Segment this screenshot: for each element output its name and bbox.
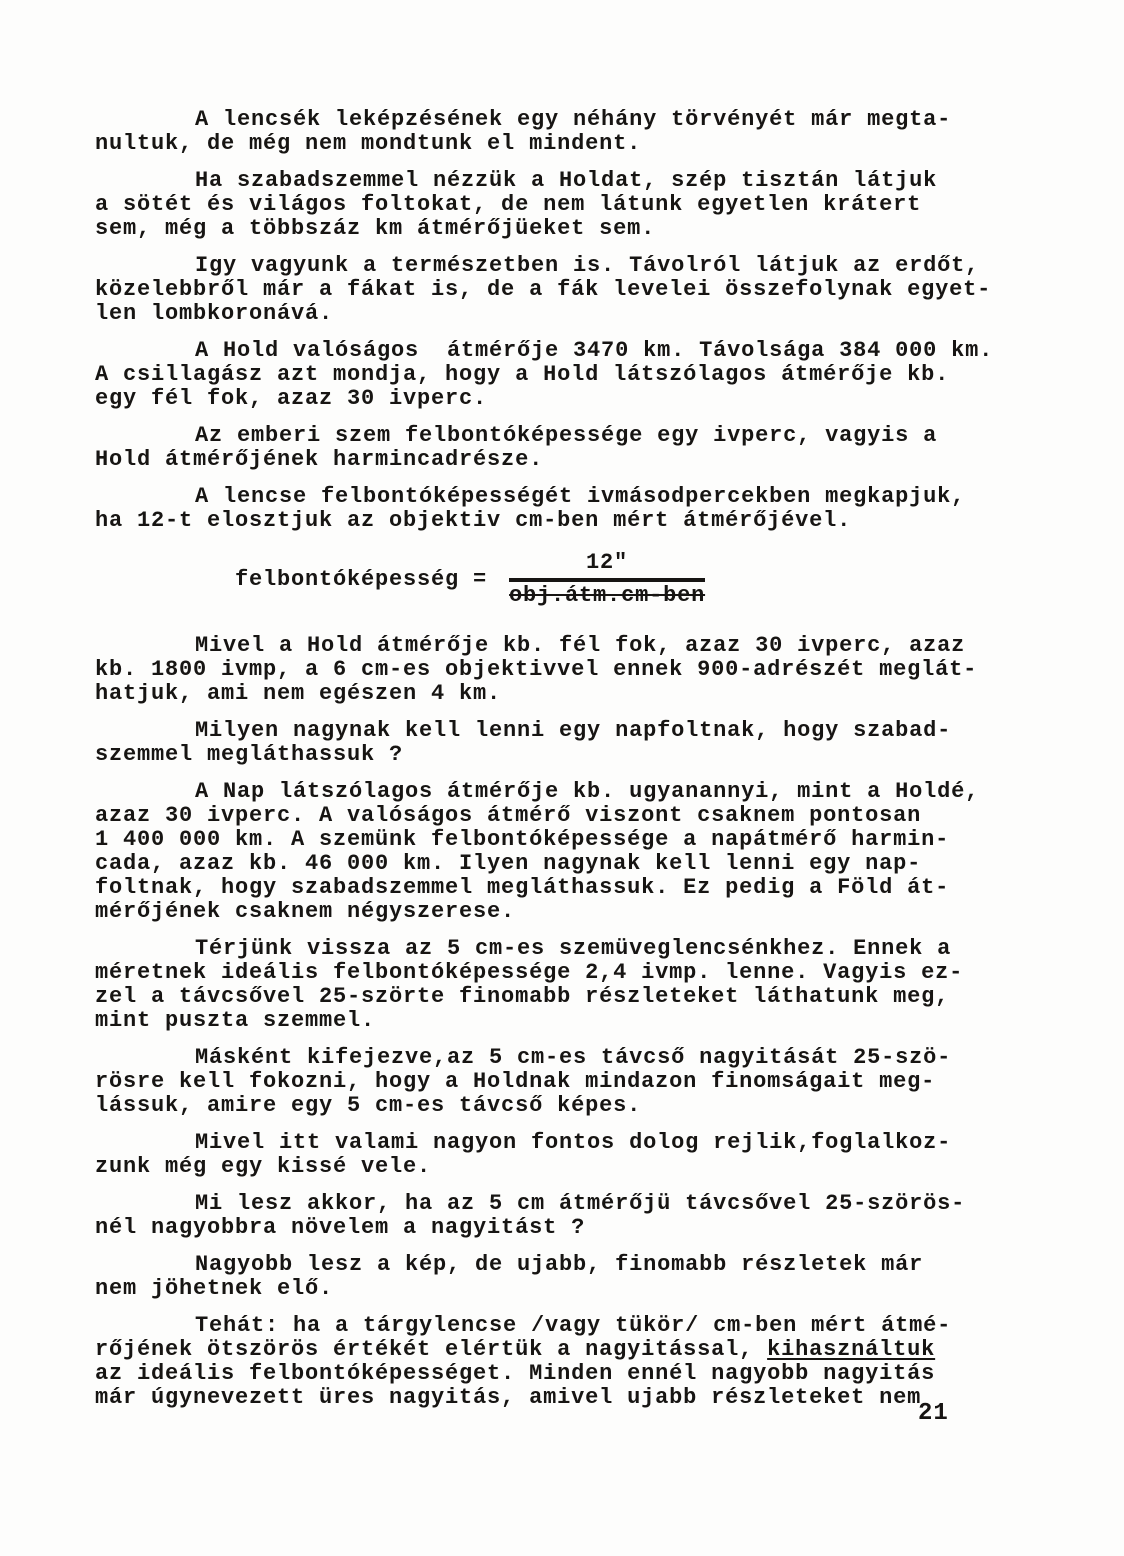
document-page: A lencsék leképzésének egy néhány törvén…: [0, 0, 1124, 1556]
paragraph: A lencse felbontóképességét ivmásodperce…: [95, 485, 1098, 533]
paragraph: Milyen nagynak kell lenni egy napfoltnak…: [95, 719, 1098, 767]
formula-fraction: 12" obj.átm.cm-ben: [509, 551, 705, 608]
paragraph: Mi lesz akkor, ha az 5 cm átmérőjü távcs…: [95, 1192, 1098, 1240]
paragraph: A Nap látszólagos átmérője kb. ugyananny…: [95, 780, 1098, 924]
formula-denominator: obj.átm.cm-ben: [509, 578, 705, 608]
paragraph: Másként kifejezve,az 5 cm-es távcső nagy…: [95, 1046, 1098, 1118]
paragraph: Térjünk vissza az 5 cm-es szemüveglencsé…: [95, 937, 1098, 1033]
paragraph: Mivel itt valami nagyon fontos dolog rej…: [95, 1131, 1098, 1179]
paragraph: Ha szabadszemmel nézzük a Holdat, szép t…: [95, 169, 1098, 241]
paragraph: A Hold valóságos átmérője 3470 km. Távol…: [95, 339, 1098, 411]
last-paragraph-post: az ideális felbontóképességet. Minden en…: [95, 1361, 935, 1410]
text-column: A lencsék leképzésének egy néhány törvén…: [0, 0, 1124, 1410]
paragraph: Igy vagyunk a természetben is. Távolról …: [95, 254, 1098, 326]
paragraph: Nagyobb lesz a kép, de ujabb, finomabb r…: [95, 1253, 1098, 1301]
paragraph: Tehát: ha a tárgylencse /vagy tükör/ cm-…: [95, 1314, 1098, 1410]
resolution-formula: felbontóképesség = 12" obj.átm.cm-ben: [235, 551, 1098, 608]
formula-numerator: 12": [509, 551, 705, 578]
last-paragraph-underlined-word: kihasználtuk: [767, 1337, 935, 1362]
paragraph: Az emberi szem felbontóképessége egy ivp…: [95, 424, 1098, 472]
paragraph: Mivel a Hold átmérője kb. fél fok, azaz …: [95, 634, 1098, 706]
paragraph: A lencsék leképzésének egy néhány törvén…: [95, 108, 1098, 156]
formula-label: felbontóképesség =: [235, 567, 487, 592]
page-number: 21: [918, 1400, 949, 1427]
